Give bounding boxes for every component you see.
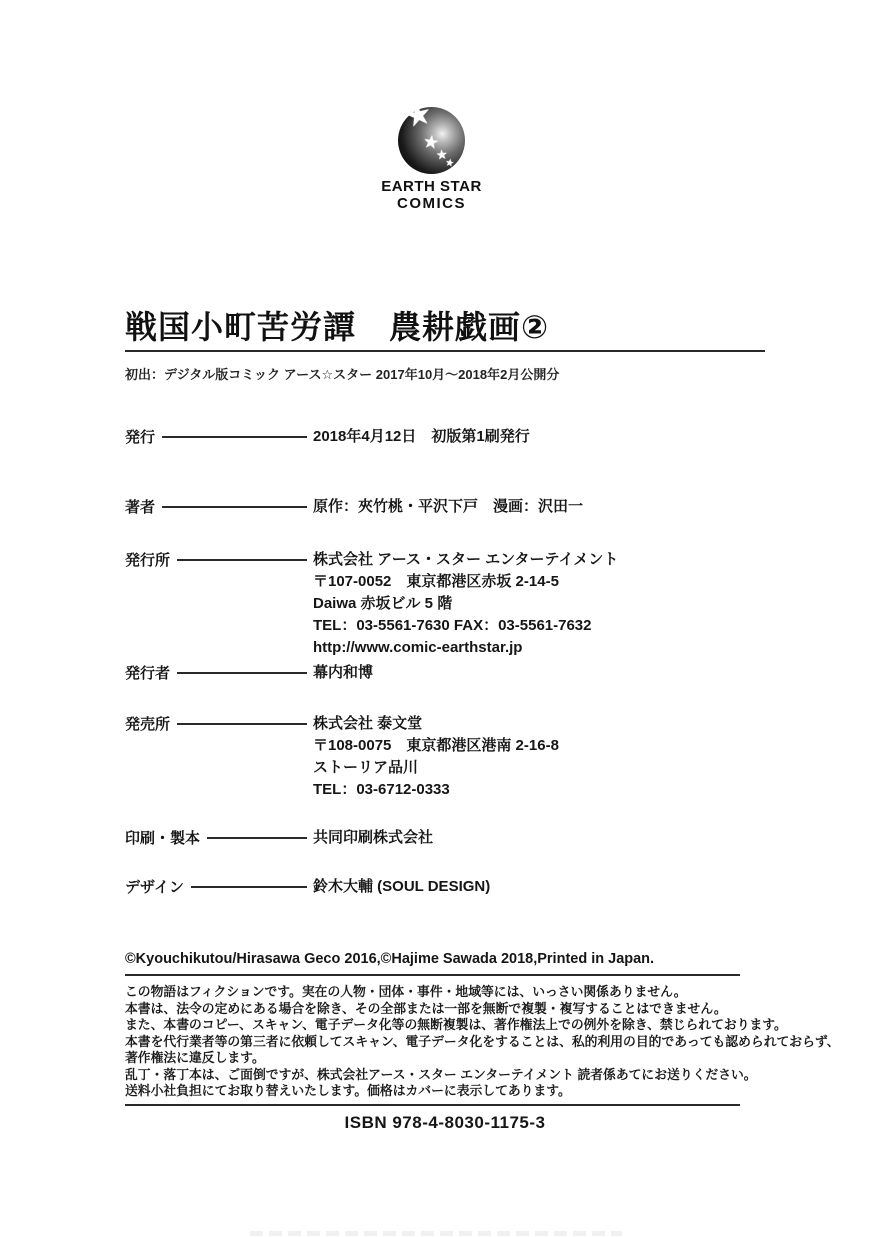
colophon-row-hakkousha: 発行者 幕内和博 xyxy=(125,662,770,684)
leader-line xyxy=(177,559,307,561)
leader-line xyxy=(207,837,307,839)
row-value: 株式会社 アース・スター エンターテイメント xyxy=(313,549,770,571)
notice-line: また、本書のコピー、スキャン、電子データ化等の無断複製は、著作権法上での例外を除… xyxy=(125,1017,785,1034)
title-underline xyxy=(125,350,765,352)
copyright-line: ©Kyouchikutou/Hirasawa Geco 2016,©Hajime… xyxy=(125,951,765,967)
row-label: 発売所 xyxy=(125,713,170,734)
star-icon: ★ xyxy=(451,168,458,176)
distributor-address: 〒108-0075 東京都港区港南 2-16-8 xyxy=(313,735,770,757)
row-label: 著者 xyxy=(125,496,155,517)
divider-line xyxy=(125,974,740,976)
colophon-row-hakkou: 発行 2018年4月12日 初版第1刷発行 xyxy=(125,426,770,448)
publisher-address: 〒107-0052 東京都港区赤坂 2-14-5 xyxy=(313,571,770,593)
notice-line: この物語はフィクションです。実在の人物・団体・事件・地域等には、いっさい関係あり… xyxy=(125,984,785,1001)
star-icon: ★ xyxy=(402,99,435,134)
colophon-row-hatsubaisho: 発売所 株式会社 泰文堂 〒108-0075 東京都港区港南 2-16-8 スト… xyxy=(125,713,770,801)
row-label: 発行所 xyxy=(125,549,170,570)
colophon-row-design: デザイン 鈴木大輔 (SOUL DESIGN) xyxy=(125,876,770,898)
publisher-url: http://www.comic-earthstar.jp xyxy=(313,637,770,659)
row-label: 発行者 xyxy=(125,662,170,683)
leader-line xyxy=(177,723,307,725)
book-title: 戦国小町苦労譚 農耕戯画② xyxy=(125,302,775,348)
publisher-building: Daiwa 赤坂ビル 5 階 xyxy=(313,593,770,615)
leader-line xyxy=(177,672,307,674)
row-label: 印刷・製本 xyxy=(125,827,200,848)
isbn-number: ISBN 978-4-8030-1175-3 xyxy=(125,1113,765,1133)
colophon-row-insatsu: 印刷・製本 共同印刷株式会社 xyxy=(125,827,770,849)
distributor-tel: TEL：03-6712-0333 xyxy=(313,779,770,801)
notice-line: 本書は、法令の定めにある場合を除き、その全部または一部を無断で複製・複写すること… xyxy=(125,1001,785,1018)
first-publication-note: 初出：デジタル版コミック アース☆スター 2017年10月～2018年2月公開分 xyxy=(125,364,765,383)
row-value: 2018年4月12日 初版第1刷発行 xyxy=(313,426,770,448)
publisher-brand-line1: EARTH STAR xyxy=(371,178,492,195)
colophon-row-chosha: 著者 原作：夾竹桃・平沢下戸 漫画：沢田一 xyxy=(125,496,770,518)
notice-line: 送料小社負担にてお取り替えいたします。価格はカバーに表示してあります。 xyxy=(125,1083,785,1100)
row-value: 鈴木大輔 (SOUL DESIGN) xyxy=(313,876,770,898)
row-value: 共同印刷株式会社 xyxy=(313,827,770,849)
distributor-building: ストーリア品川 xyxy=(313,757,770,779)
earth-star-sphere-icon: ★ ★ ★ ★ ★ xyxy=(398,107,465,174)
row-label: 発行 xyxy=(125,426,155,447)
row-value: 幕内和博 xyxy=(313,662,770,684)
colophon-row-hakkousho: 発行所 株式会社 アース・スター エンターテイメント 〒107-0052 東京都… xyxy=(125,549,770,659)
scan-edge-artifact xyxy=(250,1231,622,1236)
row-label: デザイン xyxy=(125,876,184,897)
publisher-tel-fax: TEL：03-5561-7630 FAX：03-5561-7632 xyxy=(313,615,770,637)
row-value: 株式会社 泰文堂 xyxy=(313,713,770,735)
leader-line xyxy=(162,506,307,508)
notice-line: 乱丁・落丁本は、ご面倒ですが、株式会社アース・スター エンターテイメント 読者係… xyxy=(125,1067,785,1084)
leader-line xyxy=(162,436,307,438)
colophon-page: { "logo": { "brand_line1": "EARTH STAR",… xyxy=(0,0,870,1237)
notice-line: 本書を代行業者等の第三者に依頼してスキャン、電子データ化をすることは、私的利用の… xyxy=(125,1034,785,1051)
row-value: 原作：夾竹桃・平沢下戸 漫画：沢田一 xyxy=(313,496,770,518)
divider-line xyxy=(125,1104,740,1106)
notice-line: 著作権法に違反します。 xyxy=(125,1050,785,1067)
publisher-brand-line2: COMICS xyxy=(371,195,492,212)
leader-line xyxy=(191,886,307,888)
legal-notices: この物語はフィクションです。実在の人物・団体・事件・地域等には、いっさい関係あり… xyxy=(125,984,785,1100)
publisher-logo: ★ ★ ★ ★ ★ EARTH STAR COMICS xyxy=(371,107,492,212)
